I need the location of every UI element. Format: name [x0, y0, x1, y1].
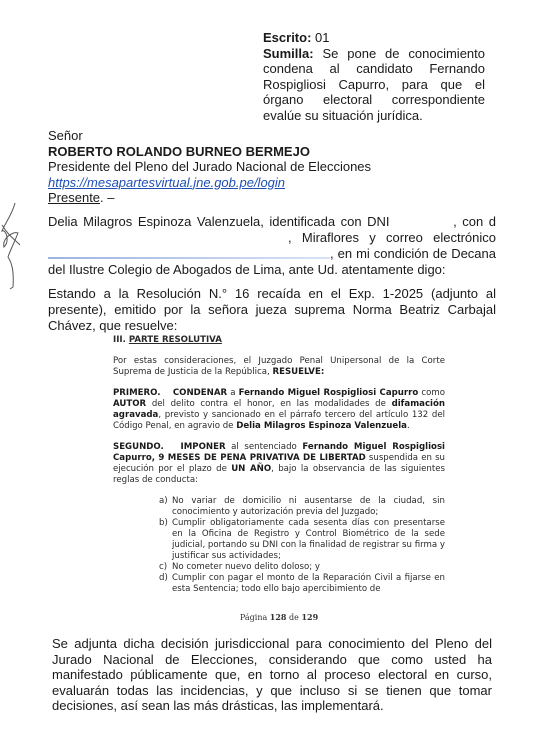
list-marker: d) [159, 573, 168, 584]
header-block: Escrito: 01 Sumilla: Se pone de conocimi… [263, 30, 485, 123]
segundo-paragraph: SEGUNDO. IMPONER al sentenciado Fernando… [113, 442, 445, 486]
addressee-name: ROBERTO ROLANDO BURNEO BERMEJO [48, 144, 448, 160]
escrito-line: Escrito: 01 [263, 30, 485, 46]
excerpt-bold: IMPONER [181, 442, 226, 452]
page-number: Página 128 de 129 [113, 612, 445, 622]
excerpt-text: . [407, 421, 410, 431]
sumilla-label: Sumilla: [263, 46, 314, 61]
intro-text: d [489, 214, 496, 229]
list-item-text: No cometer nuevo delito doloso; y [172, 562, 320, 572]
intro-text: Delia Milagros Espinoza Valenzuela, iden… [48, 214, 390, 229]
redacted-email [48, 257, 330, 259]
list-item: d)Cumplir con pagar el monto de la Repar… [159, 573, 445, 595]
page-word: Página [240, 613, 267, 622]
section-title-text: PARTE RESOLUTIVA [129, 335, 222, 345]
closing-paragraph: Se adjunta dicha decisión jurisdiccional… [52, 636, 492, 714]
intro-text: Ilustre Colegio de Abogados de Lima, ant… [69, 262, 446, 277]
resuelve-label: RESUELVE: [272, 367, 324, 377]
resolution-intro-paragraph: Estando a la Resolución N.° 16 recaída e… [48, 286, 496, 334]
intro-paragraph: Delia Milagros Espinoza Valenzuela, iden… [48, 214, 496, 278]
primero-paragraph: PRIMERO. CONDENAR a Fernando Miguel Rosp… [113, 388, 445, 432]
escrito-label: Escrito: [263, 30, 311, 45]
page-total: 129 [301, 612, 318, 622]
page-current: 128 [270, 612, 287, 622]
addressee-block: Señor ROBERTO ROLANDO BURNEO BERMEJO Pre… [48, 128, 448, 206]
presente-line: Presente. – [48, 190, 448, 206]
list-item: a)No variar de domicilio ni ausentarse d… [159, 496, 445, 518]
sentence-excerpt: III. PARTE RESOLUTIVA Por estas consider… [113, 335, 445, 595]
excerpt-text: del delito contra el honor, en las modal… [152, 399, 386, 409]
signature-icon [0, 195, 44, 295]
list-item-text: No variar de domicilio ni ausentarse de … [172, 496, 445, 517]
excerpt-bold: AUTOR [113, 399, 146, 409]
intro-text: , Miraflores y correo electrónico [288, 230, 496, 245]
intro-text: , con [453, 214, 483, 229]
list-item-text: Cumplir con pagar el monto de la Reparac… [172, 573, 445, 594]
redacted-dni [395, 214, 453, 226]
excerpt-bold: CONDENAR [173, 388, 227, 398]
excerpt-text: a [230, 388, 235, 398]
excerpt-bold: Fernando Miguel Rospigliosi Capurro [239, 388, 419, 398]
escrito-value: 01 [315, 30, 329, 45]
list-item-text: Cumplir obligatoriamente cada sesenta dí… [172, 518, 445, 561]
presente-word: Presente [48, 190, 100, 205]
list-item: c)No cometer nuevo delito doloso; y [159, 562, 445, 573]
segundo-label: SEGUNDO. [113, 442, 164, 452]
excerpt-bold: Delia Milagros Espinoza Valenzuela [236, 421, 407, 431]
primero-label: PRIMERO. [113, 388, 161, 398]
list-item: b)Cumplir obligatoriamente cada sesenta … [159, 518, 445, 562]
list-marker: c) [159, 562, 167, 573]
presente-suffix: . – [100, 190, 114, 205]
page-of: de [289, 613, 299, 622]
redacted-address [48, 230, 288, 242]
list-marker: b) [159, 518, 168, 529]
conduct-rules-list: a)No variar de domicilio ni ausentarse d… [113, 496, 445, 595]
excerpt-text: como [421, 388, 445, 398]
consideraciones-paragraph: Por estas consideraciones, el Juzgado Pe… [113, 356, 445, 378]
addressee-title: Presidente del Pleno del Jurado Nacional… [48, 159, 448, 175]
portal-link[interactable]: https://mesapartesvirtual.jne.gob.pe/log… [48, 175, 285, 190]
list-marker: a) [159, 496, 168, 507]
excerpt-text: al sentenciado [231, 442, 297, 452]
excerpt-bold: UN AÑO [231, 464, 271, 474]
sumilla: Sumilla: Se pone de conocimiento condena… [263, 46, 485, 124]
salutation: Señor [48, 128, 448, 144]
section-title: III. PARTE RESOLUTIVA [113, 335, 445, 346]
section-number: III. [113, 335, 126, 345]
